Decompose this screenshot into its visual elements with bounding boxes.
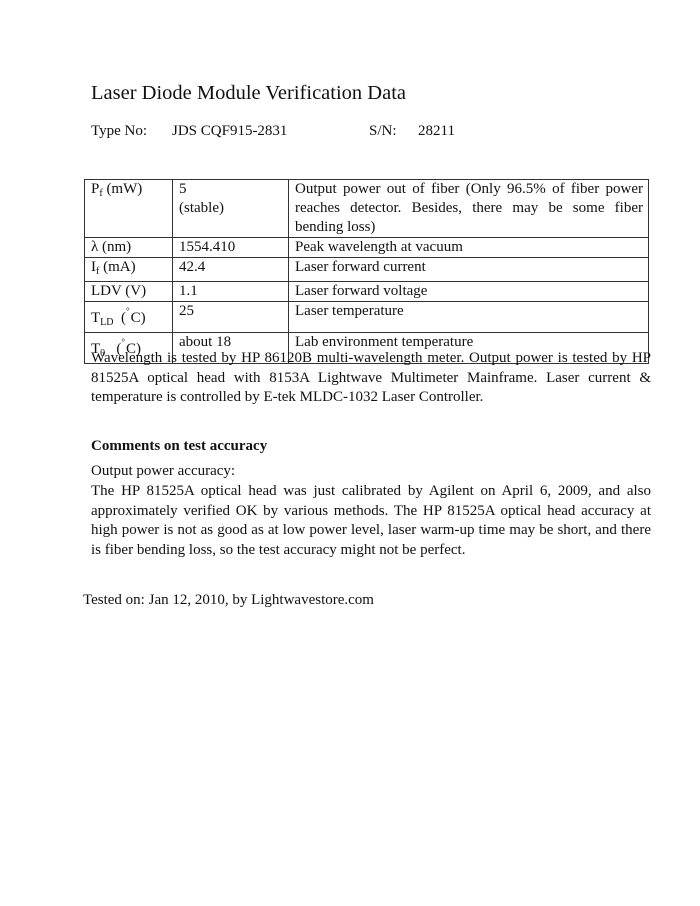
param-cell: Pf (mW) [85,180,173,238]
type-no-label: Type No: [91,123,147,140]
type-no-value: JDS CQF915-2831 [172,123,287,140]
param-unit: C) [131,310,146,326]
degree-symbol: ° [121,337,125,347]
param-cell: LDV (V) [85,282,173,302]
param-cell: λ (nm) [85,238,173,258]
param-unit: ( [114,310,127,326]
value-note: (stable) [179,199,283,218]
table-row: Pf (mW) 5(stable) Output power out of fi… [85,180,649,238]
param-unit: (mW) [103,181,143,197]
comments-body: The HP 81525A optical head was just cali… [91,482,651,560]
test-method-paragraph: Wavelength is tested by HP 86120B multi-… [91,349,651,408]
value-cell: 42.4 [173,258,289,282]
description-cell: Laser temperature [289,302,649,333]
value-cell: 1.1 [173,282,289,302]
param-unit: (mA) [99,259,135,275]
serial-number-value: 28211 [418,123,455,140]
serial-number-label: S/N: [369,123,397,140]
param-symbol: T [91,310,100,326]
value-cell: 1554.410 [173,238,289,258]
description-cell: Laser forward current [289,258,649,282]
param-symbol: LDV (V) [91,283,146,299]
degree-symbol: ° [126,306,130,316]
param-subscript: LD [100,317,113,328]
value-text: 5 [179,180,283,199]
value-cell: 25 [173,302,289,333]
tested-on-footer: Tested on: Jan 12, 2010, by Lightwavesto… [83,592,374,609]
value-cell: 5(stable) [173,180,289,238]
document-title: Laser Diode Module Verification Data [91,82,406,105]
table-row: TLD (°C) 25 Laser temperature [85,302,649,333]
spec-table: Pf (mW) 5(stable) Output power out of fi… [84,179,649,364]
description-cell: Laser forward voltage [289,282,649,302]
comments-heading: Comments on test accuracy [91,438,267,455]
description-cell: Output power out of fiber (Only 96.5% of… [289,180,649,238]
comments-subheading: Output power accuracy: [91,463,235,480]
table-row: If (mA) 42.4 Laser forward current [85,258,649,282]
param-cell: TLD (°C) [85,302,173,333]
table-row: LDV (V) 1.1 Laser forward voltage [85,282,649,302]
description-cell: Peak wavelength at vacuum [289,238,649,258]
table-row: λ (nm) 1554.410 Peak wavelength at vacuu… [85,238,649,258]
param-cell: If (mA) [85,258,173,282]
param-symbol: λ (nm) [91,239,131,255]
